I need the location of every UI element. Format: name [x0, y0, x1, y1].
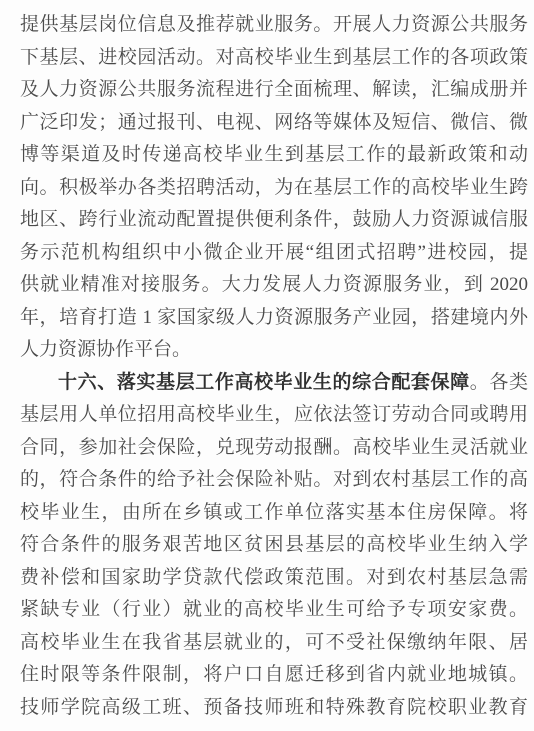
text-line: 基层用人单位招用高校毕业生，应依法签订劳动合同或聘用: [20, 399, 528, 432]
text-line: 校毕业生，由所在乡镇或工作单位落实基本住房保障。将: [20, 497, 528, 530]
text-line: 费补偿和国家助学贷款代偿政策范围。对到农村基层急需: [20, 562, 528, 595]
section-heading-bold: 十六、落实基层工作高校毕业生的综合配套保障: [58, 372, 470, 393]
document-page: 提供基层岗位信息及推荐就业服务。开展人力资源公共服务 下基层、进校园活动。对高校…: [0, 0, 534, 731]
document-text-block: 提供基层岗位信息及推荐就业服务。开展人力资源公共服务 下基层、进校园活动。对高校…: [20, 9, 528, 724]
text-line: 的，符合条件的给予社会保险补贴。对到农村基层工作的高: [20, 464, 528, 497]
text-line: 及人力资源公共服务流程进行全面梳理、解读，汇编成册并: [20, 74, 528, 107]
text-line: 提供基层岗位信息及推荐就业服务。开展人力资源公共服务: [20, 9, 528, 42]
text-line: 高校毕业生在我省基层就业的，可不受社保缴纳年限、居: [20, 627, 528, 660]
text-line: 紧缺专业（行业）就业的高校毕业生可给予专项安家费。: [20, 594, 528, 627]
text-line: 博等渠道及时传递高校毕业生到基层工作的最新政策和动: [20, 139, 528, 172]
text-line: 下基层、进校园活动。对高校毕业生到基层工作的各项政策: [20, 42, 528, 75]
text-line: 广泛印发；通过报刊、电视、网络等媒体及短信、微信、微: [20, 107, 528, 140]
text-line: 年，培育打造 1 家国家级人力资源服务产业园，搭建境内外: [20, 302, 528, 335]
section-heading-tail: 。各类: [470, 372, 528, 393]
text-line: 住时限等条件限制，将户口自愿迁移到省内就业地城镇。: [20, 659, 528, 692]
text-line: 合同，参加社会保险，兑现劳动报酬。高校毕业生灵活就业: [20, 432, 528, 465]
text-line: 人力资源协作平台。: [20, 334, 528, 367]
text-line: 供就业精准对接服务。大力发展人力资源服务业，到 2020: [20, 269, 528, 302]
section-heading-line: 十六、落实基层工作高校毕业生的综合配套保障。各类: [20, 367, 528, 400]
text-line: 向。积极举办各类招聘活动，为在基层工作的高校毕业生跨: [20, 172, 528, 205]
text-line: 符合条件的服务艰苦地区贫困县基层的高校毕业生纳入学: [20, 529, 528, 562]
text-line: 地区、跨行业流动配置提供便利条件，鼓励人力资源诚信服: [20, 204, 528, 237]
text-line: 务示范机构组织中小微企业开展“组团式招聘”进校园，提: [20, 237, 528, 270]
text-line: 技师学院高级工班、预备技师班和特殊教育院校职业教育: [20, 692, 528, 725]
